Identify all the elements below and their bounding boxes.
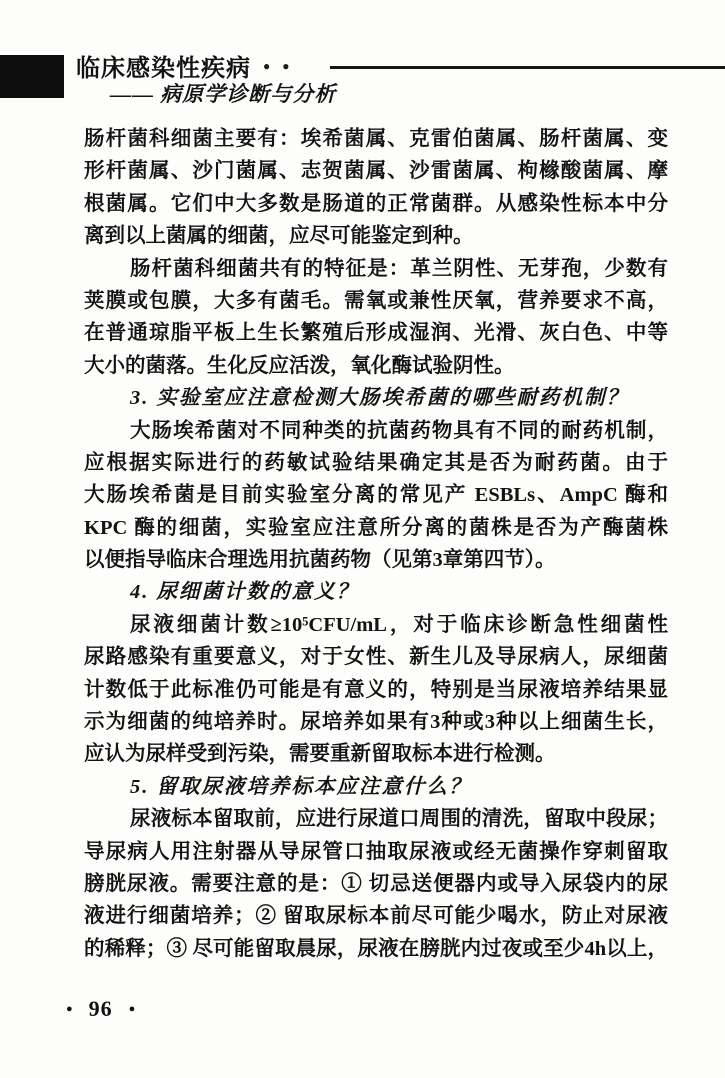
- text-line: 尿液细菌计数≥10⁵CFU/mL，对于临床诊断急性细菌性: [84, 609, 668, 641]
- content-area: 肠杆菌科细菌主要有：埃希菌属、克雷伯菌属、肠杆菌属、变形杆菌属、沙门菌属、志贺菌…: [84, 123, 668, 965]
- page-footer: ● 96 ●: [66, 996, 135, 1022]
- text-line: 形杆菌属、沙门菌属、志贺菌属、沙雷菌属、枸橼酸菌属、摩: [84, 155, 668, 187]
- text-line: 膀胱尿液。需要注意的是：① 切忌送便器内或导入尿袋内的尿: [84, 868, 668, 900]
- text-line: 液进行细菌培养；② 留取尿标本前尽可能少喝水，防止对尿液: [84, 900, 668, 932]
- text-line: 离到以上菌属的细菌，应尽可能鉴定到种。: [84, 220, 668, 252]
- footer-dot-icon: ●: [66, 1004, 73, 1015]
- text-line: 计数低于此标准仍可能是有意义的，特别是当尿液培养结果显: [84, 674, 668, 706]
- section-heading: 4. 尿细菌计数的意义？: [84, 576, 668, 608]
- section-heading: 3. 实验室应注意检测大肠埃希菌的哪些耐药机制？: [84, 382, 668, 414]
- book-subtitle: —— 病原学诊断与分析: [110, 78, 336, 108]
- text-line: 荚膜或包膜，大多有菌毛。需氧或兼性厌氧，营养要求不高，: [84, 285, 668, 317]
- text-line: 导尿病人用注射器从导尿管口抽取尿液或经无菌操作穿刺留取: [84, 836, 668, 868]
- text-line: 大肠埃希菌是目前实验室分离的常见产 ESBLs、AmpC 酶和: [84, 479, 668, 511]
- text-line: 示为细菌的纯培养时。尿培养如果有3种或3种以上细菌生长，: [84, 706, 668, 738]
- text-line: 肠杆菌科细菌主要有：埃希菌属、克雷伯菌属、肠杆菌属、变: [84, 123, 668, 155]
- footer-dot-icon: ●: [129, 1004, 136, 1015]
- section-heading: 5. 留取尿液培养标本应注意什么？: [84, 771, 668, 803]
- text-line: 尿路感染有重要意义，对于女性、新生儿及导尿病人，尿细菌: [84, 641, 668, 673]
- text-line: 应根据实际进行的药敏试验结果确定其是否为耐药菌。由于: [84, 447, 668, 479]
- title-dot-icon: ●: [263, 60, 270, 72]
- text-line: 的稀释；③ 尽可能留取晨尿，尿液在膀胱内过夜或至少4h以上，: [84, 933, 668, 965]
- title-dot-icon: ●: [282, 60, 289, 72]
- text-line: 应认为尿样受到污染，需要重新留取标本进行检测。: [84, 738, 668, 770]
- text-line: 以便指导临床合理选用抗菌药物（见第3章第四节）。: [84, 544, 668, 576]
- header-rule: [330, 66, 725, 69]
- text-line: 大肠埃希菌对不同种类的抗菌药物具有不同的耐药机制，: [84, 415, 668, 447]
- text-line: 在普通琼脂平板上生长繁殖后形成湿润、光滑、灰白色、中等: [84, 317, 668, 349]
- chapter-tab-marker: [0, 55, 64, 98]
- text-line: 尿液标本留取前，应进行尿道口周围的清洗，留取中段尿；: [84, 803, 668, 835]
- text-line: KPC 酶的细菌，实验室应注意所分离的菌株是否为产酶菌株: [84, 512, 668, 544]
- text-line: 肠杆菌科细菌共有的特征是：革兰阴性、无芽孢，少数有: [84, 253, 668, 285]
- text-line: 大小的菌落。生化反应活泼，氧化酶试验阴性。: [84, 350, 668, 382]
- page-number: 96: [89, 996, 113, 1022]
- book-page: 临床感染性疾病 ● ● —— 病原学诊断与分析 肠杆菌科细菌主要有：埃希菌属、克…: [0, 0, 725, 1078]
- text-line: 根菌属。它们中大多数是肠道的正常菌群。从感染性标本中分: [84, 188, 668, 220]
